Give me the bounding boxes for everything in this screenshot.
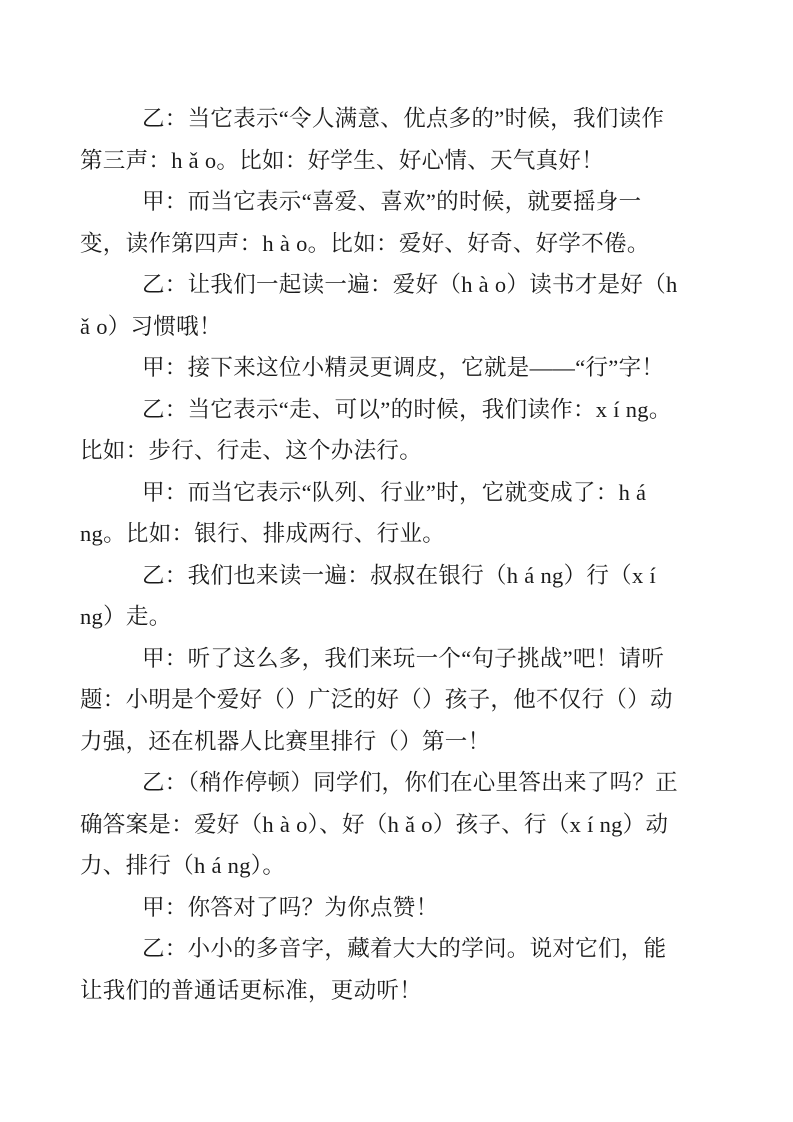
dialogue-paragraph: 甲：而当它表示“队列、行业”时，它就变成了：h á ng。比如：银行、排成两行、… [80,472,684,555]
dialogue-paragraph: 乙：小小的多音字，藏着大大的学问。说对它们，能让我们的普通话更标准，更动听！ [80,928,684,1011]
dialogue-paragraph: 甲：接下来这位小精灵更调皮，它就是——“行”字！ [80,347,684,389]
document-page: 乙：当它表示“令人满意、优点多的”时候，我们读作第三声：h ǎ o。比如：好学生… [0,0,793,1122]
dialogue-paragraph: 乙：当它表示“令人满意、优点多的”时候，我们读作第三声：h ǎ o。比如：好学生… [80,98,684,181]
dialogue-script: 乙：当它表示“令人满意、优点多的”时候，我们读作第三声：h ǎ o。比如：好学生… [80,98,684,1011]
dialogue-paragraph: 甲：听了这么多，我们来玩一个“句子挑战”吧！请听题：小明是个爱好（）广泛的好（）… [80,638,684,763]
dialogue-paragraph: 乙：当它表示“走、可以”的时候，我们读作：x í ng。比如：步行、行走、这个办… [80,389,684,472]
dialogue-paragraph: 乙：（稍作停顿）同学们，你们在心里答出来了吗？正确答案是：爱好（h à o）、好… [80,762,684,887]
dialogue-paragraph: 乙：让我们一起读一遍：爱好（h à o）读书才是好（h ǎ o）习惯哦！ [80,264,684,347]
dialogue-paragraph: 甲：而当它表示“喜爱、喜欢”的时候，就要摇身一变，读作第四声：h à o。比如：… [80,181,684,264]
dialogue-paragraph: 乙：我们也来读一遍：叔叔在银行（h á ng）行（x í ng）走。 [80,555,684,638]
dialogue-paragraph: 甲：你答对了吗？为你点赞！ [80,887,684,929]
